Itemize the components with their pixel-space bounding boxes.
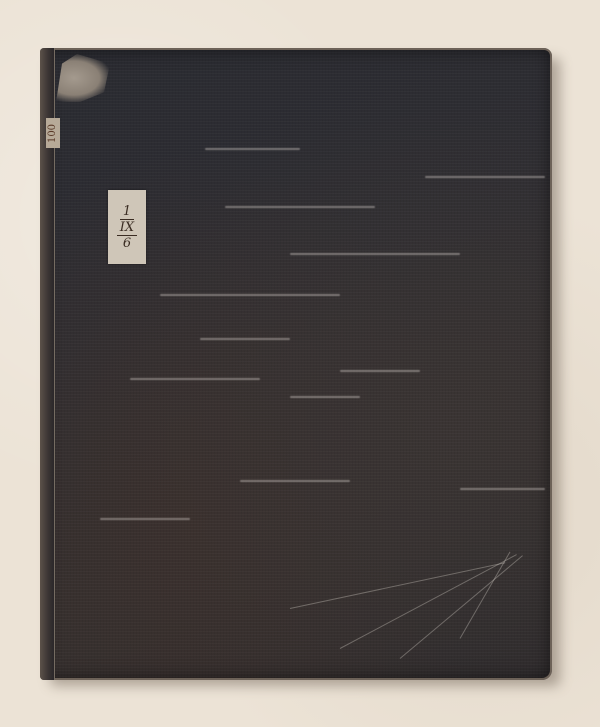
spine-number-text: 100 [48,123,59,142]
shelf-mark-line-3: 6 [123,236,131,251]
crease [425,176,545,178]
book-cover: 100 1 IX 6 [40,48,552,680]
spine-number-label: 100 [46,118,60,148]
crease [290,253,460,255]
crease [160,294,340,296]
scratch [290,562,505,609]
crease [200,338,290,340]
worn-corner-patch [50,54,110,102]
shelf-mark-line-1: 1 [120,204,134,220]
crease [225,206,375,208]
crease [205,148,300,150]
shelf-mark-line-2: IX [117,220,137,236]
scratch [460,552,511,639]
crease [340,370,420,372]
crease [240,480,350,482]
crease [130,378,260,380]
crease [460,488,545,490]
crease [290,396,360,398]
shelf-mark-label: 1 IX 6 [108,190,146,264]
crease [100,518,190,520]
